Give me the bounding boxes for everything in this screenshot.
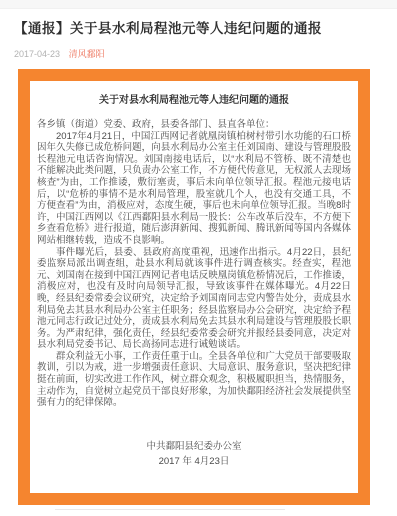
notice-paragraph: 群众利益无小事，工作责任重于山。全县各单位和广大党员干部要吸取教训，引以为戒，进… — [37, 351, 351, 409]
bottom-divider — [55, 509, 285, 510]
publish-date: 2017-04-23 — [14, 49, 60, 59]
notice-title: 关于对县水利局程池元等人违纪问题的通报 — [37, 94, 351, 107]
notice-paragraph: 2017年4月21日，中国江西网记者就凰岗镇柏树村带引水功能的石口桥因年久失修已… — [37, 131, 351, 247]
article-header: 【通报】关于县水利局程池元等人违纪问题的通报 2017-04-23 清风鄱阳 — [0, 9, 397, 60]
page-top-strip — [0, 0, 397, 9]
notice-document-box: 关于对县水利局程池元等人违纪问题的通报 各乡镇（街道）党委、政府，县委各部门、县… — [18, 69, 370, 505]
notice-body: 各乡镇（街道）党委、政府，县委各部门、县直各单位： 2017年4月21日，中国江… — [37, 119, 351, 469]
article-title: 【通报】关于县水利局程池元等人违纪问题的通报 — [14, 20, 383, 38]
signature-date: 2017 年 4月23日 — [37, 454, 351, 469]
article-meta: 2017-04-23 清风鄱阳 — [14, 47, 383, 60]
signature-org: 中共鄱阳县纪委办公室 — [37, 439, 351, 454]
source-link[interactable]: 清风鄱阳 — [69, 49, 105, 59]
notice-salutation: 各乡镇（街道）党委、政府，县委各部门、县直各单位： — [37, 119, 351, 131]
notice-paragraph: 事件曝光后，县委、县政府高度重视，迅速作出指示。4月22日，县纪委监察局派出调查… — [37, 247, 351, 351]
signature-block: 中共鄱阳县纪委办公室 2017 年 4月23日 — [37, 439, 351, 469]
